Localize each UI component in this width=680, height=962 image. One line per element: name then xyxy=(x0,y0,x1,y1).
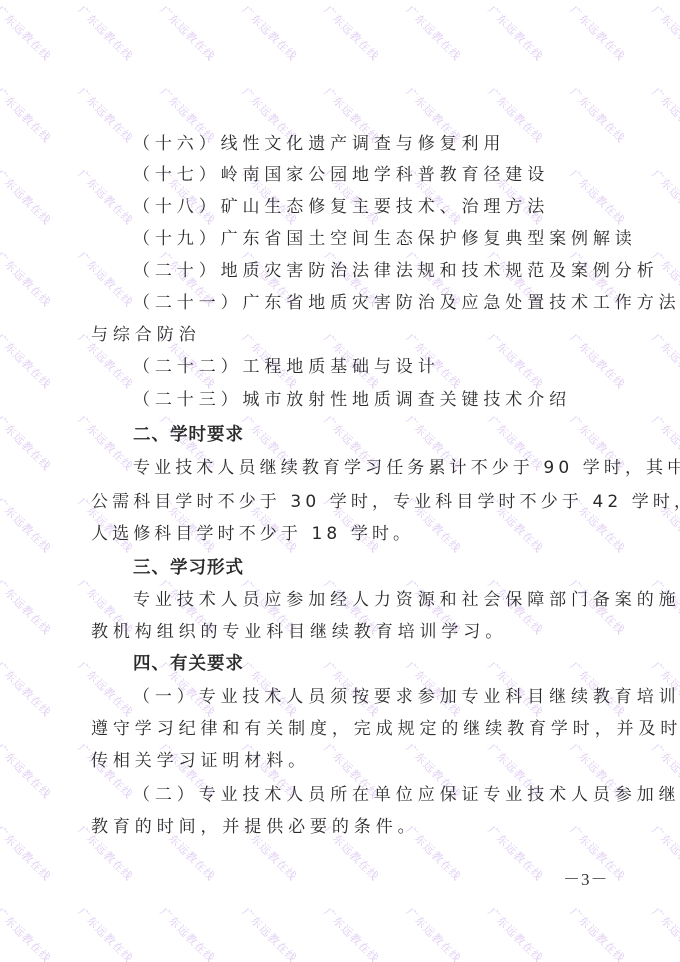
list-item-label: （二十） xyxy=(133,261,221,281)
list-item-label: （二十三） xyxy=(133,390,243,410)
body-text-line: 教育的时间，并提供必要的条件。 xyxy=(91,816,597,838)
list-item-text: 地质灾害防治法律法规和技术规范及案例分析 xyxy=(221,261,659,281)
list-item-text: 城市放射性地质调查关键技术介绍 xyxy=(243,390,572,410)
list-item-text: 矿山生态修复主要技术、治理方法 xyxy=(221,197,550,217)
list-item: （二十三）城市放射性地质调查关键技术介绍 xyxy=(133,389,597,411)
section-heading: 四、有关要求 xyxy=(133,653,597,675)
list-item: （十七）岭南国家公园地学科普教育径建设 xyxy=(133,164,597,186)
list-item-text: 工程地质基础与设计 xyxy=(243,357,440,377)
list-item-text: 广东省地质灾害防治及应急处置技术工作方法 xyxy=(243,293,680,313)
list-item-text: 线性文化遗产调查与修复利用 xyxy=(221,134,506,154)
list-item-label: （二十一） xyxy=(133,293,243,313)
list-item: （二十二）工程地质基础与设计 xyxy=(133,356,597,378)
list-item-text: 岭南国家公园地学科普教育径建设 xyxy=(221,165,550,185)
list-item-label: （十七） xyxy=(133,165,221,185)
body-text-line: 传相关学习证明材料。 xyxy=(91,750,597,772)
document-page: （十六）线性文化遗产调查与修复利用 （十七）岭南国家公园地学科普教育径建设 （十… xyxy=(0,0,680,962)
list-item: （十九）广东省国土空间生态保护修复典型案例解读 xyxy=(133,228,597,250)
body-text-line: 公需科目学时不少于 30 学时，专业科目学时不少于 42 学时，个 xyxy=(91,491,597,513)
list-item-label: （十八） xyxy=(133,197,221,217)
list-item-label: （十九） xyxy=(133,229,221,249)
list-item-text: 广东省国土空间生态保护修复典型案例解读 xyxy=(221,229,637,249)
section-heading: 二、学时要求 xyxy=(133,424,597,446)
page-number: －3－ xyxy=(563,865,609,890)
body-text-line: 人选修科目学时不少于 18 学时。 xyxy=(91,523,597,545)
list-item: （十六）线性文化遗产调查与修复利用 xyxy=(133,133,597,155)
body-text-line: （二）专业技术人员所在单位应保证专业技术人员参加继续 xyxy=(133,784,597,806)
body-text-line: 教机构组织的专业科目继续教育培训学习。 xyxy=(91,621,597,643)
list-item: （二十一）广东省地质灾害防治及应急处置技术工作方法 xyxy=(133,292,597,314)
list-item-label: （十六） xyxy=(133,134,221,154)
list-item-continuation: 与综合防治 xyxy=(91,324,597,346)
section-heading: 三、学习形式 xyxy=(133,557,597,579)
body-text-line: 遵守学习纪律和有关制度，完成规定的继续教育学时，并及时上 xyxy=(91,718,597,740)
list-item: （十八）矿山生态修复主要技术、治理方法 xyxy=(133,196,597,218)
body-text-line: （一）专业技术人员须按要求参加专业科目继续教育培训， xyxy=(133,686,597,708)
body-text-line: 专业技术人员应参加经人力资源和社会保障部门备案的施 xyxy=(133,589,597,611)
body-text-line: 专业技术人员继续教育学习任务累计不少于 90 学时，其中， xyxy=(133,457,597,479)
list-item-label: （二十二） xyxy=(133,357,243,377)
list-item: （二十）地质灾害防治法律法规和技术规范及案例分析 xyxy=(133,260,597,282)
